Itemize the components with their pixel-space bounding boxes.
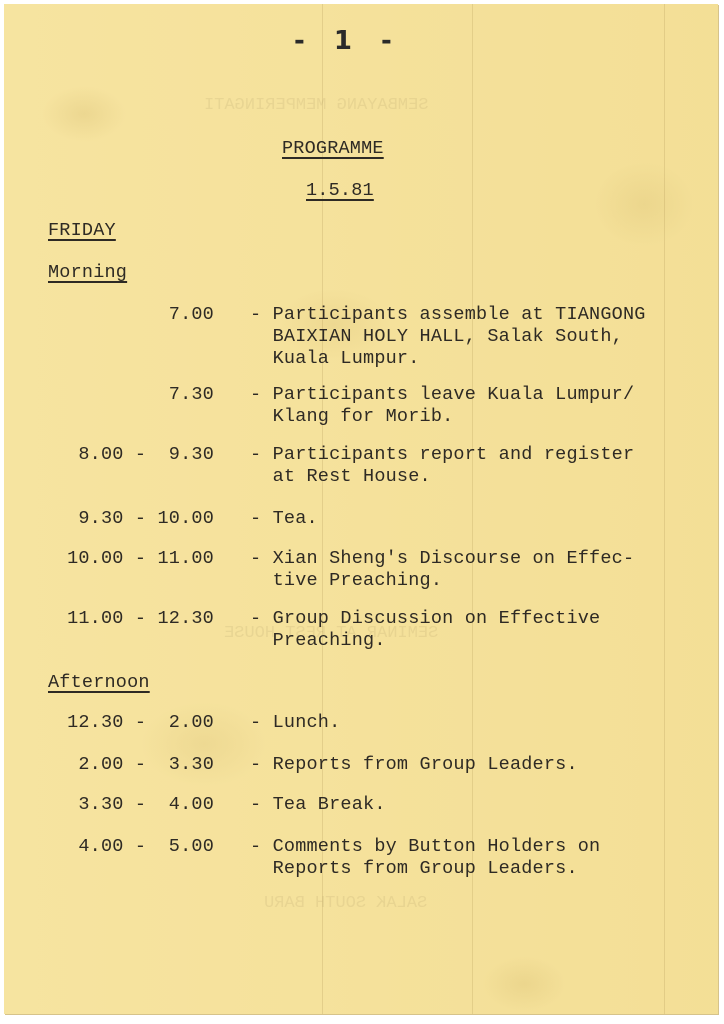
schedule-time: 7.30 (169, 384, 214, 406)
schedule-description: - Participants assemble at TIANGONG (250, 304, 646, 326)
schedule-time: 11.00 - 12.30 (67, 608, 214, 630)
schedule-description: Reports from Group Leaders. (250, 858, 578, 880)
schedule-description: tive Preaching. (250, 570, 442, 592)
schedule-description: Kuala Lumpur. (250, 348, 420, 370)
schedule-description: - Xian Sheng's Discourse on Effec- (250, 548, 634, 570)
schedule-time: 10.00 - 11.00 (67, 548, 214, 570)
day-heading: FRIDAY (48, 220, 116, 242)
schedule-time: 4.00 - 5.00 (78, 836, 214, 858)
schedule-time: 9.30 - 10.00 (78, 508, 214, 530)
schedule-time: 8.00 - 9.30 (78, 444, 214, 466)
bleed-through-text: SALAK SOUTH BARU (264, 894, 427, 913)
schedule-description: Preaching. (250, 630, 386, 652)
schedule-description: at Rest House. (250, 466, 431, 488)
schedule-description: - Tea Break. (250, 794, 386, 816)
paper-fold-line (664, 4, 665, 1014)
schedule-description: - Participants report and register (250, 444, 634, 466)
schedule-time: 12.30 - 2.00 (67, 712, 214, 734)
schedule-description: - Lunch. (250, 712, 340, 734)
section-heading-morning: Morning (48, 262, 127, 284)
schedule-time: 2.00 - 3.30 (78, 754, 214, 776)
schedule-description: - Comments by Button Holders on (250, 836, 600, 858)
document-page: SEMBAYANG MEMPERINGATI SEMINAR AT REST H… (4, 4, 718, 1014)
schedule-description: - Participants leave Kuala Lumpur/ (250, 384, 634, 406)
schedule-description: BAIXIAN HOLY HALL, Salak South, (250, 326, 623, 348)
schedule-time: 7.00 (169, 304, 214, 326)
schedule-description: Klang for Morib. (250, 406, 453, 428)
page-number-marker: - 1 - (294, 26, 402, 56)
section-heading-afternoon: Afternoon (48, 672, 150, 694)
schedule-description: - Reports from Group Leaders. (250, 754, 578, 776)
document-title: PROGRAMME (282, 138, 384, 160)
schedule-description: - Group Discussion on Effective (250, 608, 600, 630)
bleed-through-text: SEMBAYANG MEMPERINGATI (204, 96, 428, 115)
schedule-time: 3.30 - 4.00 (78, 794, 214, 816)
document-date: 1.5.81 (306, 180, 374, 202)
schedule-description: - Tea. (250, 508, 318, 530)
